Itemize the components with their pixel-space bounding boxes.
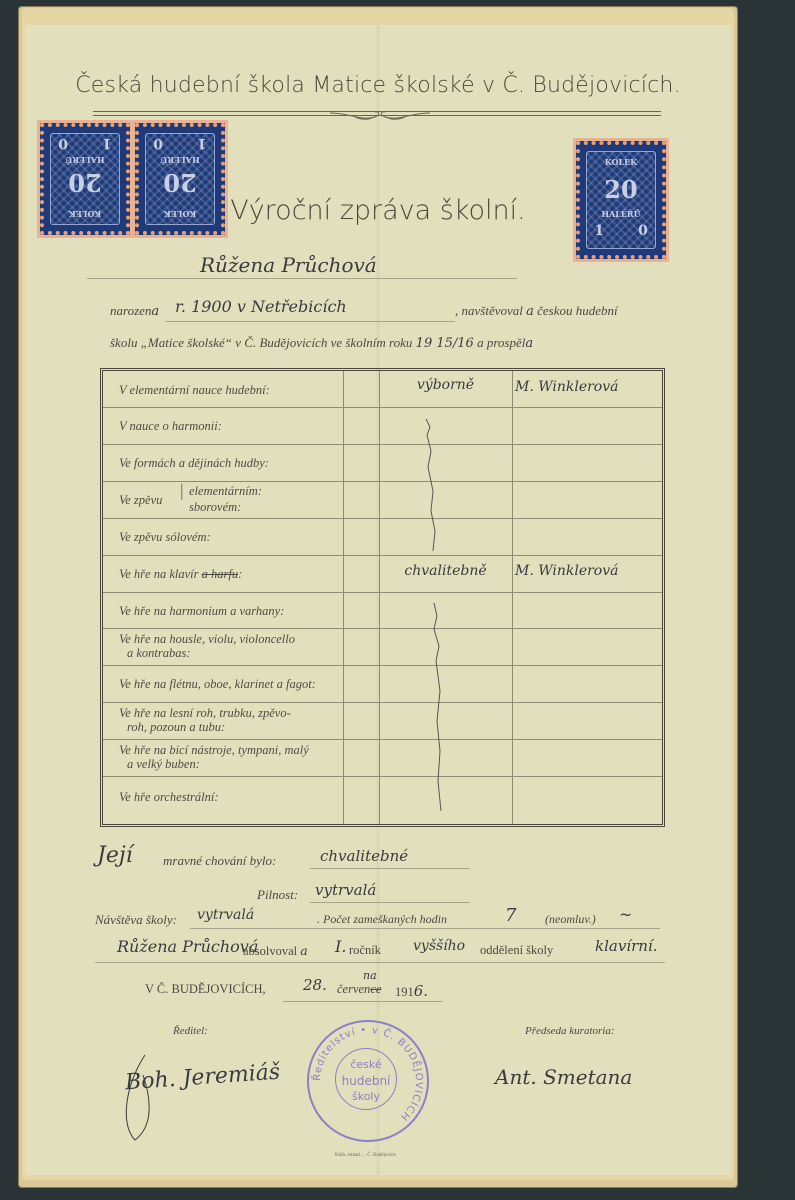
chair-signature: Ant. Smetana	[495, 1065, 632, 1089]
school-seal: Ředitelství • v Č. BUDĚJOVICÍCH české hu…	[307, 1020, 429, 1142]
document-title: Výroční zpráva školní.	[25, 195, 731, 226]
date-month-correction: na	[363, 969, 377, 982]
student-name-line	[87, 277, 517, 279]
year-of-study: I.	[335, 937, 346, 956]
subject-value: klavírní.	[595, 937, 658, 955]
printer-note: Knih. strnad…, Č. Budějovice	[335, 1153, 396, 1158]
birth-info-line	[165, 320, 455, 322]
oddeleni-label: oddělení školy	[480, 943, 553, 958]
level-value: vyššího	[413, 938, 465, 954]
birth-info: r. 1900 v Netřebicích	[175, 297, 347, 316]
attendance-label: Návštěva školy:	[95, 912, 177, 928]
unexcused-value: ~	[619, 905, 632, 924]
diligence-line	[310, 901, 470, 903]
missed-hours-value: 7	[505, 905, 516, 926]
unexcused-label: (neomluv.)	[545, 912, 596, 927]
student-name: Růžena Průchová	[200, 253, 377, 277]
born-line: narozena	[110, 303, 159, 319]
director-label: Ředitel:	[173, 1025, 208, 1037]
rocnik-label: ročník	[349, 943, 381, 958]
conduct-prefix: Její	[97, 843, 133, 868]
date-year: 1916.	[395, 982, 428, 1000]
diligence-label: Pilnost:	[257, 887, 298, 903]
completion-name: Růžena Průchová	[117, 937, 258, 956]
school-year-line: školu „Matice školské“ v Č. Budějovicích…	[110, 335, 533, 351]
school-name-header: Česká hudební škola Matice školské v Č. …	[25, 73, 731, 98]
place-label: V Č. BUDĚJOVICÍCH,	[145, 982, 266, 997]
absolvoval-label: absolvoval a	[243, 943, 308, 959]
date-day: 28.	[303, 976, 327, 994]
attendance-value: vytrvalá	[197, 907, 254, 923]
dash-mark-icon	[103, 371, 662, 818]
certificate-page: Česká hudební škola Matice školské v Č. …	[25, 25, 731, 1175]
diligence-value: vytrvalá	[315, 881, 376, 899]
completion-line	[95, 961, 665, 963]
date-line	[283, 1000, 443, 1002]
director-flourish-icon	[115, 1045, 215, 1145]
chair-label: Předseda kuratoria:	[525, 1025, 615, 1037]
ornament-icon	[325, 109, 435, 123]
date-month: července	[337, 982, 381, 997]
conduct-line	[310, 867, 470, 869]
attended-line: , navštěvoval a českou hudební	[455, 303, 618, 319]
seal-center: české hudební školy	[335, 1048, 397, 1110]
conduct-value: chvalitebné	[320, 847, 408, 865]
missed-hours-label: . Počet zameškaných hodin	[317, 912, 447, 927]
attendance-line	[190, 927, 660, 929]
subjects-table: V elementární nauce hudební: výborně M. …	[100, 368, 665, 827]
conduct-label: mravné chování bylo:	[163, 853, 276, 869]
